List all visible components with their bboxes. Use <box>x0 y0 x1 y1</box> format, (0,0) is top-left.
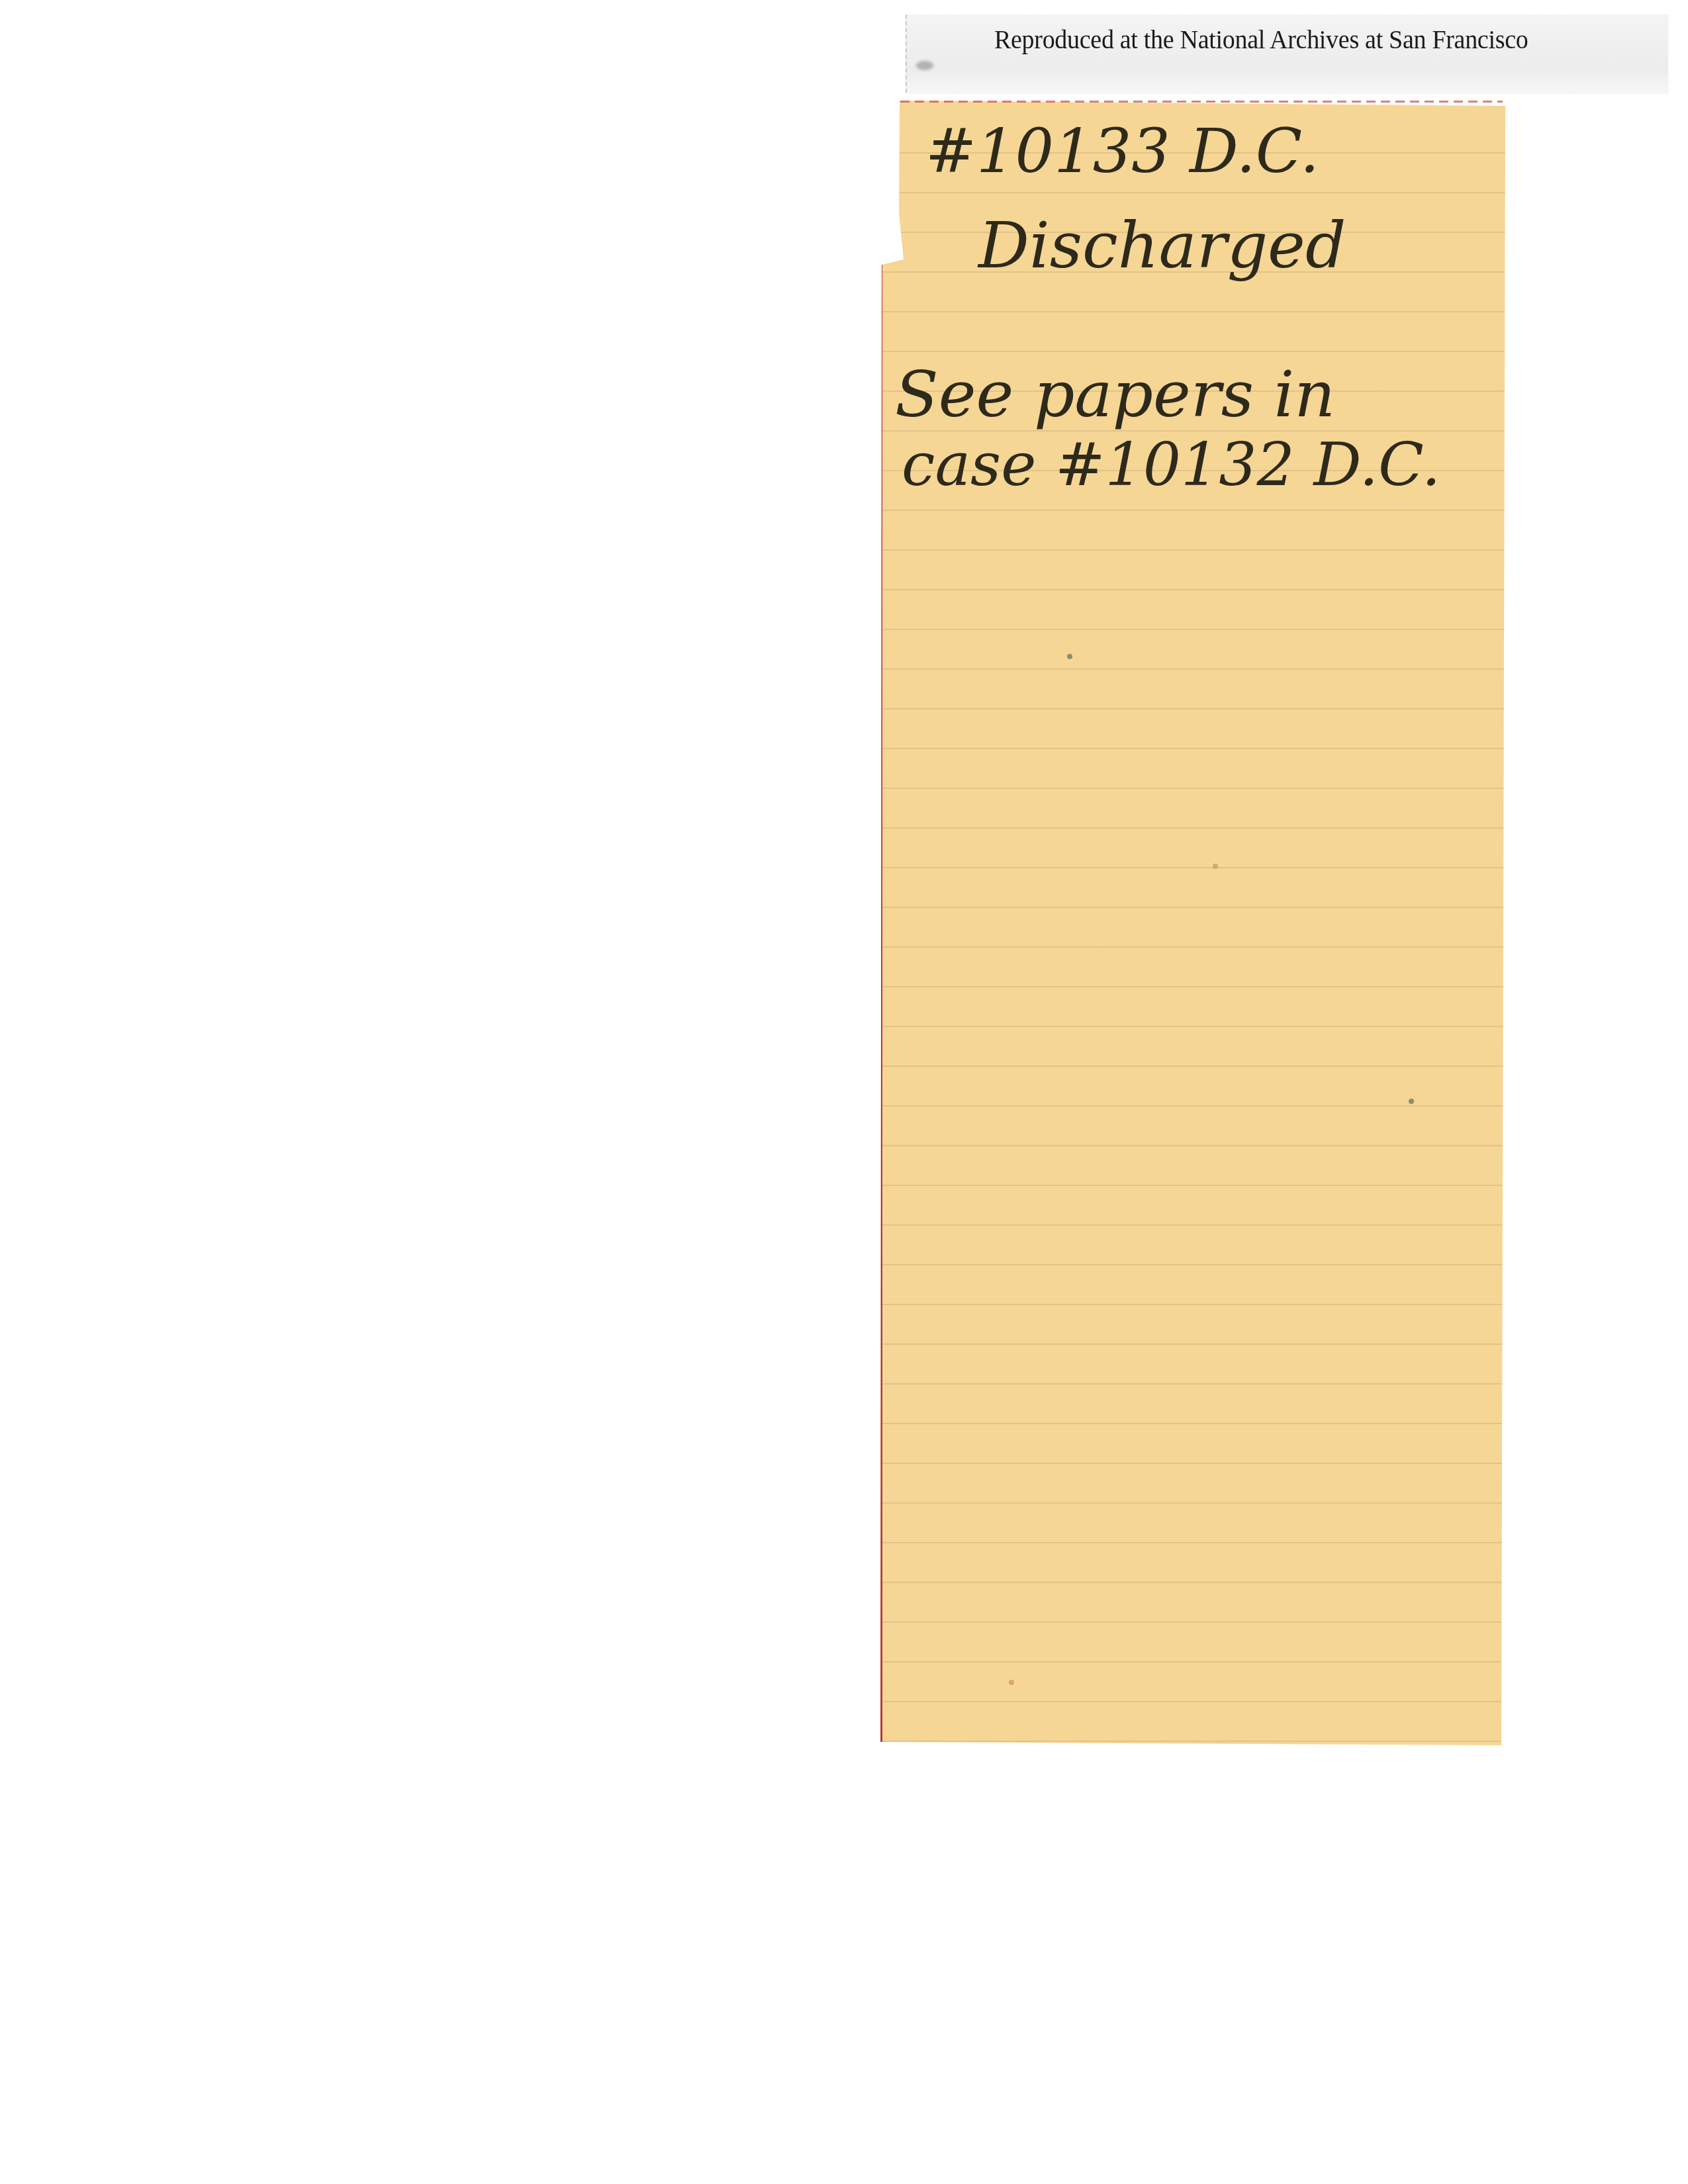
paper-speck <box>1409 1099 1414 1104</box>
paper-speck <box>1067 654 1072 659</box>
reference-case: case #10132 D.C. <box>902 430 1440 500</box>
slip-top-edge <box>900 101 1503 103</box>
paper-speck <box>1213 864 1218 869</box>
reference-note: See papers in <box>895 357 1335 432</box>
paper-speck <box>1009 1680 1014 1685</box>
archives-stamp: Reproduced at the National Archives at S… <box>906 15 1668 93</box>
case-number: #10133 D.C. <box>925 116 1319 187</box>
stamp-smudge <box>916 61 933 70</box>
case-slip <box>880 101 1505 1752</box>
status-discharged: Discharged <box>978 208 1346 283</box>
stamp-text: Reproduced at the National Archives at S… <box>994 24 1528 56</box>
